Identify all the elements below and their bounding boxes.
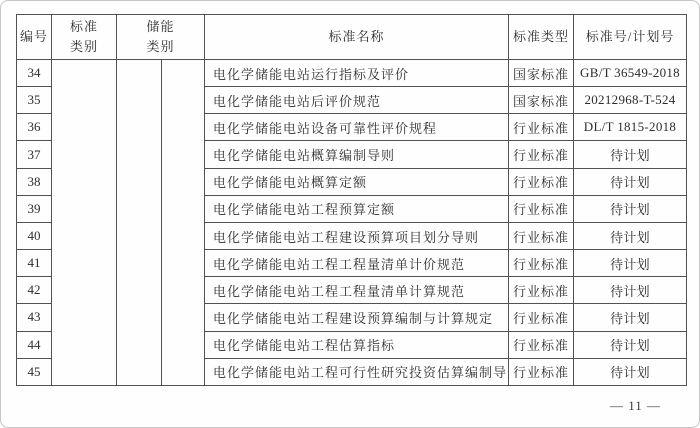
standard-name-cell: 电化学储能电站工程建设预算编制与计算规定 [205,304,509,331]
standard-code-cell: 待计划 [574,168,687,195]
standard-type-cell: 行业标准 [509,222,574,249]
standard-type-cell: 国家标准 [509,87,574,114]
standard-type-cell: 行业标准 [509,250,574,277]
standard-code-cell: DL/T 1815-2018 [574,114,687,141]
standard-type-cell: 行业标准 [509,277,574,304]
standard-type-cell: 行业标准 [509,304,574,331]
header-number: 编号 [17,15,52,60]
standard-code-cell: 待计划 [574,331,687,358]
standard-name-cell: 电化学储能电站工程建设预算项目划分导则 [205,222,509,249]
standard-name-cell: 电化学储能电站工程工程量清单计价规范 [205,250,509,277]
row-number-cell: 45 [17,358,52,385]
document-page: 编号 标准 类别 储能 类别 标准名称 标准类型 标准号/计划号 34电化学储能… [0,0,700,428]
standard-code-cell: 待计划 [574,304,687,331]
standard-type-cell: 行业标准 [509,331,574,358]
standard-name-cell: 电化学储能电站工程可行性研究投资估算编制导则 [205,358,509,385]
standard-name-cell: 电化学储能电站概算编制导则 [205,141,509,168]
standard-code-cell: 待计划 [574,250,687,277]
row-number-cell: 40 [17,222,52,249]
standard-code-cell: GB/T 36549-2018 [574,60,687,87]
row-number-cell: 39 [17,195,52,222]
header-standard-name: 标准名称 [205,15,509,60]
standard-type-cell: 行业标准 [509,168,574,195]
table-header-row: 编号 标准 类别 储能 类别 标准名称 标准类型 标准号/计划号 [17,15,687,60]
table-row: 34电化学储能电站运行指标及评价国家标准GB/T 36549-2018 [17,60,687,87]
page-number: — 11 — [610,398,661,414]
standards-table: 编号 标准 类别 储能 类别 标准名称 标准类型 标准号/计划号 34电化学储能… [16,14,687,386]
row-number-cell: 35 [17,87,52,114]
header-standard-category-line2: 类别 [52,37,116,57]
standard-type-cell: 行业标准 [509,114,574,141]
row-number-cell: 38 [17,168,52,195]
standard-name-cell: 电化学储能电站运行指标及评价 [205,60,509,87]
standard-code-cell: 待计划 [574,358,687,385]
header-standard-category: 标准 类别 [52,15,117,60]
standard-name-cell: 电化学储能电站设备可靠性评价规程 [205,114,509,141]
row-number-cell: 41 [17,250,52,277]
row-number-cell: 42 [17,277,52,304]
row-number-cell: 34 [17,60,52,87]
standard-code-cell: 待计划 [574,277,687,304]
row-number-cell: 43 [17,304,52,331]
standard-type-cell: 国家标准 [509,60,574,87]
standard-name-cell: 电化学储能电站工程预算定额 [205,195,509,222]
standard-type-cell: 行业标准 [509,141,574,168]
standard-name-cell: 电化学储能电站概算定额 [205,168,509,195]
standard-code-cell: 待计划 [574,195,687,222]
standard-name-cell: 电化学储能电站工程工程量清单计算规范 [205,277,509,304]
header-standard-category-line1: 标准 [52,17,116,37]
row-number-cell: 44 [17,331,52,358]
standard-type-cell: 行业标准 [509,195,574,222]
row-number-cell: 37 [17,141,52,168]
storage-category-merged-cell-1 [117,60,162,386]
standard-name-cell: 电化学储能电站工程估算指标 [205,331,509,358]
header-storage-category: 储能 类别 [117,15,205,60]
standard-code-cell: 待计划 [574,141,687,168]
row-number-cell: 36 [17,114,52,141]
header-standard-code: 标准号/计划号 [574,15,687,60]
storage-category-merged-cell-2 [162,60,205,386]
header-standard-type: 标准类型 [509,15,574,60]
header-storage-category-line2: 类别 [117,37,204,57]
standard-category-merged-cell [52,60,117,386]
standard-type-cell: 行业标准 [509,358,574,385]
standard-code-cell: 待计划 [574,222,687,249]
standard-name-cell: 电化学储能电站后评价规范 [205,87,509,114]
header-storage-category-line1: 储能 [117,17,204,37]
standard-code-cell: 20212968-T-524 [574,87,687,114]
